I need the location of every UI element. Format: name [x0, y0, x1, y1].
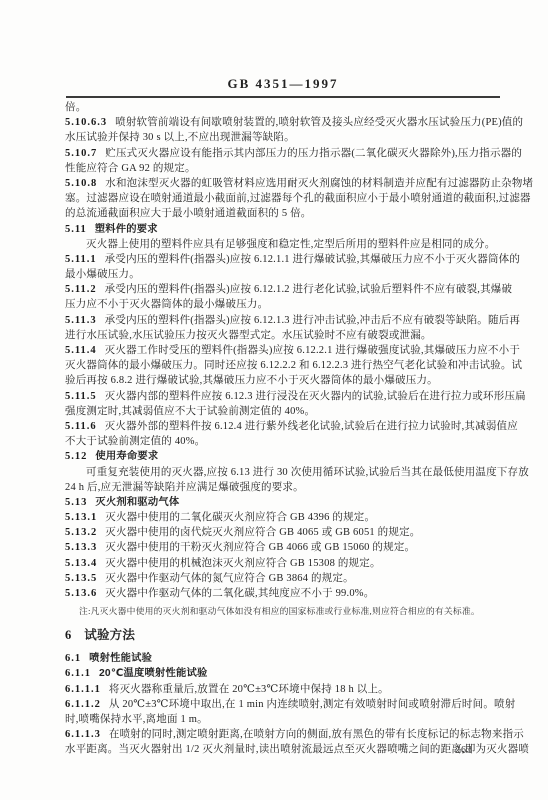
text-line: 性能应符合 GA 92 的规定。: [65, 161, 502, 176]
line-text: 灭火器工作时受压的塑料件(指器头)应按 6.12.2.1 进行爆破强度试验,其爆…: [105, 345, 520, 356]
text-line: 可重复充装使用的灭火器,应按 6.13 进行 30 次使用循环试验,试验后当其在…: [65, 465, 502, 480]
text-line: 5.11塑料件的要求: [65, 222, 502, 237]
line-text: 承受内压的塑料件(指器头)应按 6.12.1.3 进行冲击试验,冲击后不应有破裂…: [105, 315, 520, 326]
line-text: 贮压式灭火器应设有能指示其内部压力的压力指示器(二氧化碳灭火器除外),压力指示器…: [105, 148, 522, 159]
text-line: 5.11.5灭火器内部的塑料件应按 6.12.3 进行浸没在灭火器内的试验,试验…: [65, 389, 502, 404]
text-line: 强度测定时,其减弱值应不大于试验前测定值的 40%。: [65, 404, 502, 419]
line-text: 灭火器中作驱动气体的二氧化碳,其纯度应不小于 99.0%。: [105, 588, 374, 599]
clause-number: 6: [65, 628, 72, 642]
text-line: 5.10.8水和泡沫型灭火器的虹吸管材料应选用耐灭火剂腐蚀的材料制造并应配有过滤…: [65, 176, 502, 191]
line-text: 不大于试验前测定值的 40%。: [65, 436, 205, 447]
text-line: 24 h 后,应无泄漏等缺陷并应满足爆破强度的要求。: [65, 480, 502, 495]
line-text: 倍。: [65, 102, 86, 113]
page-number: 263: [455, 745, 473, 756]
clause-number: 5.10.8: [65, 178, 97, 189]
line-text: 灭火器内部的塑料件应按 6.12.3 进行浸没在灭火器内的试验,试验后在进行拉力…: [105, 391, 526, 402]
text-line: 的总流通截面积应大于最小喷射通道截面积的 5 倍。: [65, 206, 502, 221]
clause-number: 6.1.1: [65, 668, 91, 679]
text-line: 6.1.1.3在喷射的同时,测定喷射距离,在喷射方向的侧面,放有黑色的带有长度标…: [65, 727, 502, 742]
text-line: 时,喷嘴保持水平,离地面 1 m。: [65, 712, 502, 727]
line-text: 20℃温度喷射性能试验: [99, 668, 208, 679]
line-text: 最小爆破压力。: [65, 269, 140, 280]
line-text: 24 h 后,应无泄漏等缺陷并应满足爆破强度的要求。: [65, 482, 304, 493]
line-text: 喷射性能试验: [89, 653, 152, 664]
text-line: 进行水压试验,水压试验压力按灭火器型式定。水压试验时不应有破裂或泄漏。: [65, 328, 502, 343]
line-text: 塑料件的要求: [95, 224, 158, 235]
text-line: 5.13.6灭火器中作驱动气体的二氧化碳,其纯度应不小于 99.0%。: [65, 586, 502, 601]
text-line: 验后再按 6.8.2 进行爆破试验,其爆破压力应不小于灭火器筒体的最小爆破压力。: [65, 373, 502, 388]
clause-number: 5.11.3: [65, 315, 97, 326]
line-text: 从 20℃±3℃环境中取出,在 1 min 内连续喷射,测定有效喷射时间或喷射滞…: [109, 699, 516, 710]
clause-number: 5.11.1: [65, 254, 97, 265]
line-text: 水和泡沫型灭火器的虹吸管材料应选用耐灭火剂腐蚀的材料制造并应配有过滤器防止杂物堵: [105, 178, 533, 189]
line-text: 将灭火器称重量后,放置在 20℃±3℃环境中保持 18 h 以上。: [109, 684, 389, 695]
clause-number: 5.13.6: [65, 588, 97, 599]
text-line: 5.10.6.3喷射软管前端设有间歇喷射装置的,喷射软管及接头应经受灭火器水压试…: [65, 115, 502, 130]
clause-number: 5.13: [65, 497, 87, 508]
clause-number: 5.13.2: [65, 527, 97, 538]
text-line: 6.1.1.2从 20℃±3℃环境中取出,在 1 min 内连续喷射,测定有效喷…: [65, 697, 502, 712]
clause-number: 5.11.2: [65, 284, 97, 295]
clause-number: 6.1.1.3: [65, 729, 101, 740]
clause-number: 5.11: [65, 224, 87, 235]
standard-code: GB 4351—1997: [65, 76, 501, 92]
clause-number: 5.10.7: [65, 148, 97, 159]
line-text: 承受内压的塑料件(指器头)应按 6.12.1.2 进行老化试验,试验后塑料件不应…: [105, 284, 513, 295]
line-text: 时,喷嘴保持水平,离地面 1 m。: [65, 714, 208, 725]
line-text: 塞。过滤器应设在喷射通道最小截面前,过滤器每个孔的截面积应小于最小喷射通道的截面…: [65, 193, 531, 204]
text-line: 5.13.2灭火器中使用的卤代烷灭火剂应符合 GB 4065 或 GB 6051…: [65, 525, 502, 540]
text-line: 塞。过滤器应设在喷射通道最小截面前,过滤器每个孔的截面积应小于最小喷射通道的截面…: [65, 191, 502, 206]
clause-number: 5.13.5: [65, 573, 97, 584]
text-line: 注:凡灭火器中使用的灭火剂和驱动气体如没有相应的国家标准或行业标准,则应符合相应…: [65, 604, 502, 618]
text-line: 6试验方法: [65, 626, 502, 644]
clause-number: 5.13.4: [65, 558, 97, 569]
clause-number: 5.12: [65, 451, 87, 462]
text-line: 压力应不小于灭火器筒体的最小爆破压力。: [65, 297, 502, 312]
clause-number: 6.1.1.1: [65, 684, 101, 695]
line-text: 灭火器筒体的最小爆破压力。同时还应按 6.12.2.2 和 6.12.2.3 进…: [65, 360, 522, 371]
text-line: 5.13.5灭火器中作驱动气体的氮气应符合 GB 3864 的规定。: [65, 571, 502, 586]
text-line: 5.11.6灭火器外部的塑料件按 6.12.4 进行紫外线老化试验,试验后在进行…: [65, 419, 502, 434]
text-line: 5.11.2承受内压的塑料件(指器头)应按 6.12.1.2 进行老化试验,试验…: [65, 282, 502, 297]
line-text: 承受内压的塑料件(指器头)应按 6.12.1.1 进行爆破试验,其爆破压力应不小…: [105, 254, 520, 265]
line-text: 灭火器中使用的二氧化碳灭火剂应符合 GB 4396 的规定。: [105, 512, 375, 523]
text-line: 灭火器上使用的塑料件应具有足够强度和稳定性,定型后所用的塑料件应是相同的成分。: [65, 237, 502, 252]
clause-number: 5.13.3: [65, 542, 97, 553]
line-text: 灭火器中使用的卤代烷灭火剂应符合 GB 4065 或 GB 6051 的规定。: [105, 527, 420, 538]
text-line: 5.11.3承受内压的塑料件(指器头)应按 6.12.1.3 进行冲击试验,冲击…: [65, 313, 502, 328]
text-line: 5.11.1承受内压的塑料件(指器头)应按 6.12.1.1 进行爆破试验,其爆…: [65, 252, 502, 267]
line-text: 灭火器外部的塑料件按 6.12.4 进行紫外线老化试验,试验后在进行拉力试验时,…: [105, 421, 518, 432]
line-text: 灭火器中作驱动气体的氮气应符合 GB 3864 的规定。: [105, 573, 354, 584]
text-line: 5.10.7贮压式灭火器应设有能指示其内部压力的压力指示器(二氧化碳灭火器除外)…: [65, 146, 502, 161]
line-text: 水压试验并保持 30 s 以上,不应出现泄漏等缺陷。: [65, 132, 295, 143]
document-page: GB 4351—1997 倍。5.10.6.3喷射软管前端设有间歇喷射装置的,喷…: [0, 0, 548, 800]
clause-number: 5.11.6: [65, 421, 97, 432]
text-line: 6.1.1.1将灭火器称重量后,放置在 20℃±3℃环境中保持 18 h 以上。: [65, 682, 502, 697]
document-body: 倍。5.10.6.3喷射软管前端设有间歇喷射装置的,喷射软管及接头应经受灭火器水…: [65, 100, 502, 758]
line-text: 压力应不小于灭火器筒体的最小爆破压力。: [65, 299, 268, 310]
text-line: 5.11.4灭火器工作时受压的塑料件(指器头)应按 6.12.2.1 进行爆破强…: [65, 343, 502, 358]
clause-number: 5.11.5: [65, 391, 97, 402]
line-text: 灭火剂和驱动气体: [95, 497, 179, 508]
text-line: 5.13.1灭火器中使用的二氧化碳灭火剂应符合 GB 4396 的规定。: [65, 510, 502, 525]
text-line: 不大于试验前测定值的 40%。: [65, 434, 502, 449]
clause-number: 6.1.1.2: [65, 699, 101, 710]
clause-number: 5.13.1: [65, 512, 97, 523]
text-line: 5.12使用寿命要求: [65, 449, 502, 464]
line-text: 试验方法: [84, 628, 135, 642]
text-line: 6.1喷射性能试验: [65, 651, 502, 666]
text-line: 灭火器筒体的最小爆破压力。同时还应按 6.12.2.2 和 6.12.2.3 进…: [65, 358, 502, 373]
line-text: 使用寿命要求: [95, 451, 158, 462]
line-text: 强度测定时,其减弱值应不大于试验前测定值的 40%。: [65, 406, 315, 417]
line-text: 灭火器中使用的干粉灭火剂应符合 GB 4066 或 GB 15060 的规定。: [105, 542, 415, 553]
line-text: 的总流通截面积应大于最小喷射通道截面积的 5 倍。: [65, 208, 312, 219]
text-line: 5.13.3灭火器中使用的干粉灭火剂应符合 GB 4066 或 GB 15060…: [65, 540, 502, 555]
line-text: 灭火器上使用的塑料件应具有足够强度和稳定性,定型后所用的塑料件应是相同的成分。: [86, 239, 495, 250]
line-text: 验后再按 6.8.2 进行爆破试验,其爆破压力应不小于灭火器筒体的最小爆破压力。: [65, 375, 438, 386]
text-line: 水平距离。当灭火器射出 1/2 灭火剂量时,读出喷射流最远点至灭火器喷嘴之间的距…: [65, 742, 502, 757]
line-text: 进行水压试验,水压试验压力按灭火器型式定。水压试验时不应有破裂或泄漏。: [65, 330, 432, 341]
line-text: 可重复充装使用的灭火器,应按 6.13 进行 30 次使用循环试验,试验后当其在…: [86, 467, 529, 478]
clause-number: 5.11.4: [65, 345, 97, 356]
line-text: 性能应符合 GA 92 的规定。: [65, 163, 196, 174]
text-line: 最小爆破压力。: [65, 267, 502, 282]
line-text: 注:凡灭火器中使用的灭火剂和驱动气体如没有相应的国家标准或行业标准,则应符合相应…: [79, 606, 480, 616]
text-line: 6.1.120℃温度喷射性能试验: [65, 666, 502, 681]
text-line: 5.13灭火剂和驱动气体: [65, 495, 502, 510]
clause-number: 5.10.6.3: [65, 117, 107, 128]
line-text: 灭火器中使用的机械泡沫灭火剂应符合 GB 15308 的规定。: [105, 558, 380, 569]
text-line: 倍。: [65, 100, 502, 115]
line-text: 在喷射的同时,测定喷射距离,在喷射方向的侧面,放有黑色的带有长度标记的标志物来指…: [109, 729, 524, 740]
text-line: 5.13.4灭火器中使用的机械泡沫灭火剂应符合 GB 15308 的规定。: [65, 556, 502, 571]
line-text: 喷射软管前端设有间歇喷射装置的,喷射软管及接头应经受灭火器水压试验压力(PE)值…: [115, 117, 523, 128]
text-line: 水压试验并保持 30 s 以上,不应出现泄漏等缺陷。: [65, 130, 502, 145]
clause-number: 6.1: [65, 653, 81, 664]
header-rule: [66, 96, 500, 98]
